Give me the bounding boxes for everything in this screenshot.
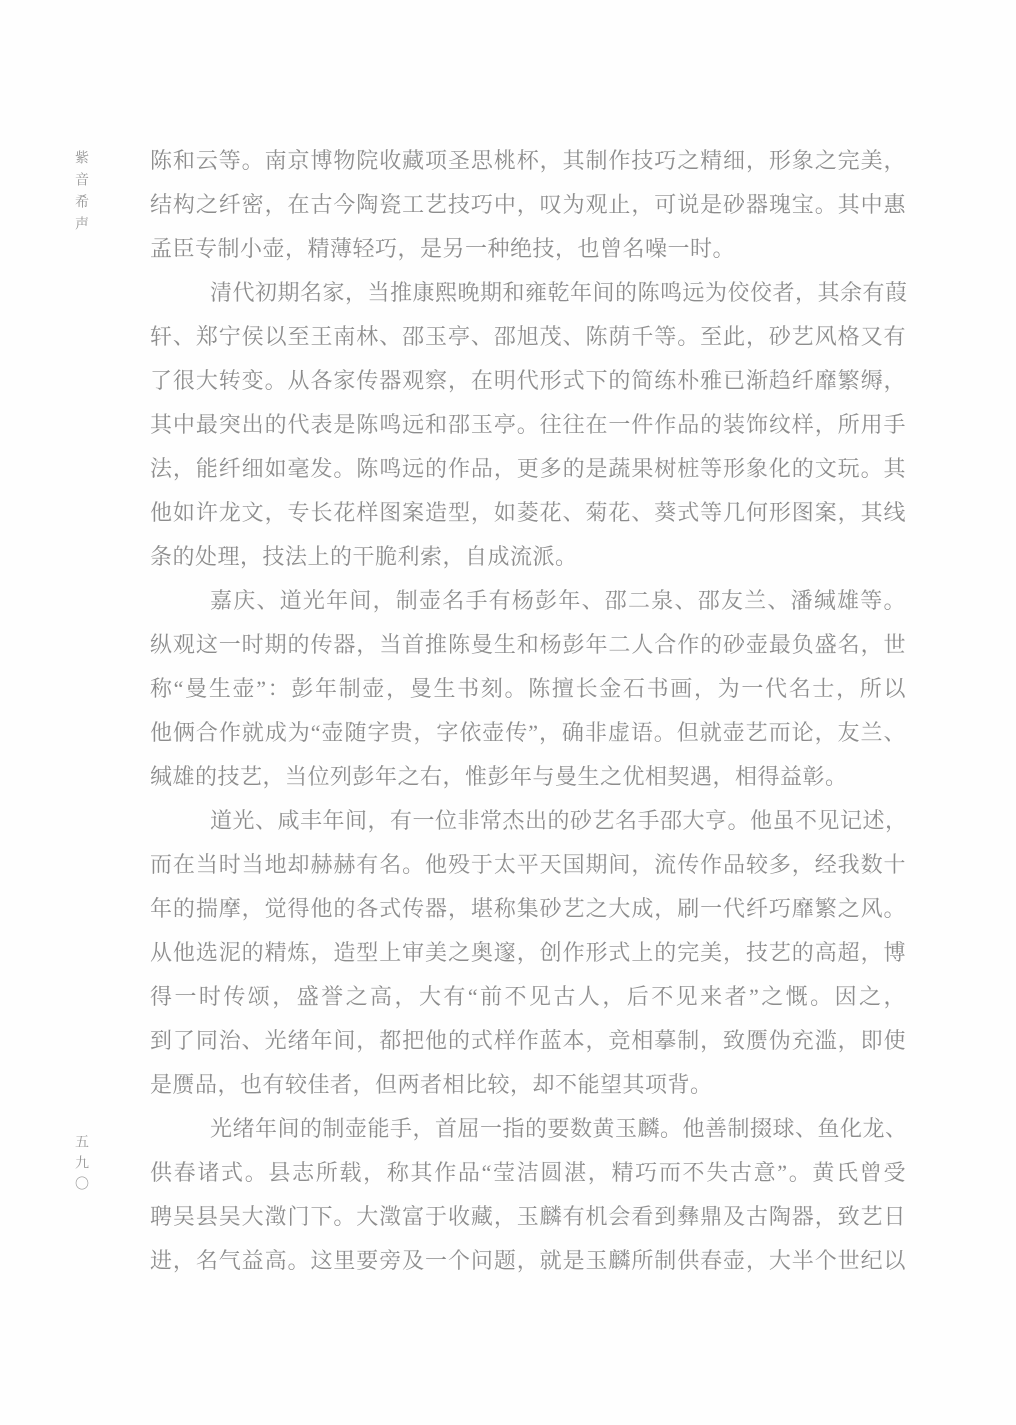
text-line: 道光、咸丰年间，有一位非常杰出的砂艺名手邵大亨。他虽不见记述， — [150, 799, 906, 843]
text-line: 法，能纤细如毫发。陈鸣远的作品，更多的是蔬果树桩等形象化的文玩。其 — [150, 447, 906, 491]
text-line: 纵观这一时期的传器，当首推陈曼生和杨彭年二人合作的砂壶最负盛名，世 — [150, 623, 906, 667]
body-text: 陈和云等。南京博物院收藏项圣思桃杯，其制作技巧之精细，形象之完美，结构之纤密，在… — [150, 139, 906, 1283]
text-line: 轩、郑宁侯以至王南林、邵玉亭、邵旭茂、陈荫千等。至此，砂艺风格又有 — [150, 315, 906, 359]
text-line: 条的处理，技法上的干脆利索，自成流派。 — [150, 535, 906, 579]
text-line: 他如许龙文，专长花样图案造型，如菱花、菊花、葵式等几何形图案，其线 — [150, 491, 906, 535]
text-line: 光绪年间的制壶能手，首屈一指的要数黄玉麟。他善制掇球、鱼化龙、 — [150, 1107, 906, 1151]
text-line: 从他选泥的精炼，造型上审美之奥邃，创作形式上的完美，技艺的高超，博 — [150, 931, 906, 975]
text-line: 供春诸式。县志所载，称其作品“莹洁圆湛，精巧而不失古意”。黄氏曾受 — [150, 1151, 906, 1195]
text-line: 进，名气益高。这里要旁及一个问题，就是玉麟所制供春壶，大半个世纪以 — [150, 1239, 906, 1283]
text-line: 到了同治、光绪年间，都把他的式样作蓝本，竞相摹制，致赝伪充滥，即使 — [150, 1019, 906, 1063]
text-line: 清代初期名家，当推康熙晚期和雍乾年间的陈鸣远为佼佼者，其余有葭 — [150, 271, 906, 315]
text-line: 称“曼生壶”：彭年制壶，曼生书刻。陈擅长金石书画，为一代名士，所以 — [150, 667, 906, 711]
text-line: 嘉庆、道光年间，制壶名手有杨彭年、邵二泉、邵友兰、潘缄雄等。 — [150, 579, 906, 623]
text-line: 孟臣专制小壶，精薄轻巧，是另一种绝技，也曾名噪一时。 — [150, 227, 906, 271]
paragraph: 光绪年间的制壶能手，首屈一指的要数黄玉麟。他善制掇球、鱼化龙、供春诸式。县志所载… — [150, 1107, 906, 1283]
text-line: 了很大转变。从各家传器观察，在明代形式下的简练朴雅已渐趋纤靡繁缛， — [150, 359, 906, 403]
text-line: 得一时传颂，盛誉之高，大有“前不见古人，后不见来者”之慨。因之， — [150, 975, 906, 1019]
text-line: 年的揣摩，觉得他的各式传器，堪称集砂艺之大成，刷一代纤巧靡繁之风。 — [150, 887, 906, 931]
paragraph: 陈和云等。南京博物院收藏项圣思桃杯，其制作技巧之精细，形象之完美，结构之纤密，在… — [150, 139, 906, 271]
text-line: 缄雄的技艺，当位列彭年之右，惟彭年与曼生之优相契遇，相得益彰。 — [150, 755, 906, 799]
book-page: 紫音希声 陈和云等。南京博物院收藏项圣思桃杯，其制作技巧之精细，形象之完美，结构… — [0, 0, 1016, 1425]
paragraph: 嘉庆、道光年间，制壶名手有杨彭年、邵二泉、邵友兰、潘缄雄等。纵观这一时期的传器，… — [150, 579, 906, 799]
text-line: 结构之纤密，在古今陶瓷工艺技巧中，叹为观止，可说是砂器瑰宝。其中惠 — [150, 183, 906, 227]
text-line: 聘吴县吴大澂门下。大澂富于收藏，玉麟有机会看到彝鼎及古陶器，致艺日 — [150, 1195, 906, 1239]
text-line: 其中最突出的代表是陈鸣远和邵玉亭。往往在一件作品的装饰纹样，所用手 — [150, 403, 906, 447]
page-number: 五九〇 — [70, 1134, 90, 1197]
text-line: 是赝品，也有较佳者，但两者相比较，却不能望其项背。 — [150, 1063, 906, 1107]
spine-title: 紫音希声 — [70, 150, 90, 238]
text-line: 陈和云等。南京博物院收藏项圣思桃杯，其制作技巧之精细，形象之完美， — [150, 139, 906, 183]
paragraph: 清代初期名家，当推康熙晚期和雍乾年间的陈鸣远为佼佼者，其余有葭轩、郑宁侯以至王南… — [150, 271, 906, 579]
paragraph: 道光、咸丰年间，有一位非常杰出的砂艺名手邵大亨。他虽不见记述，而在当时当地却赫赫… — [150, 799, 906, 1107]
text-line: 而在当时当地却赫赫有名。他殁于太平天国期间，流传作品较多，经我数十 — [150, 843, 906, 887]
text-line: 他俩合作就成为“壶随字贵，字依壶传”，确非虚语。但就壶艺而论，友兰、 — [150, 711, 906, 755]
